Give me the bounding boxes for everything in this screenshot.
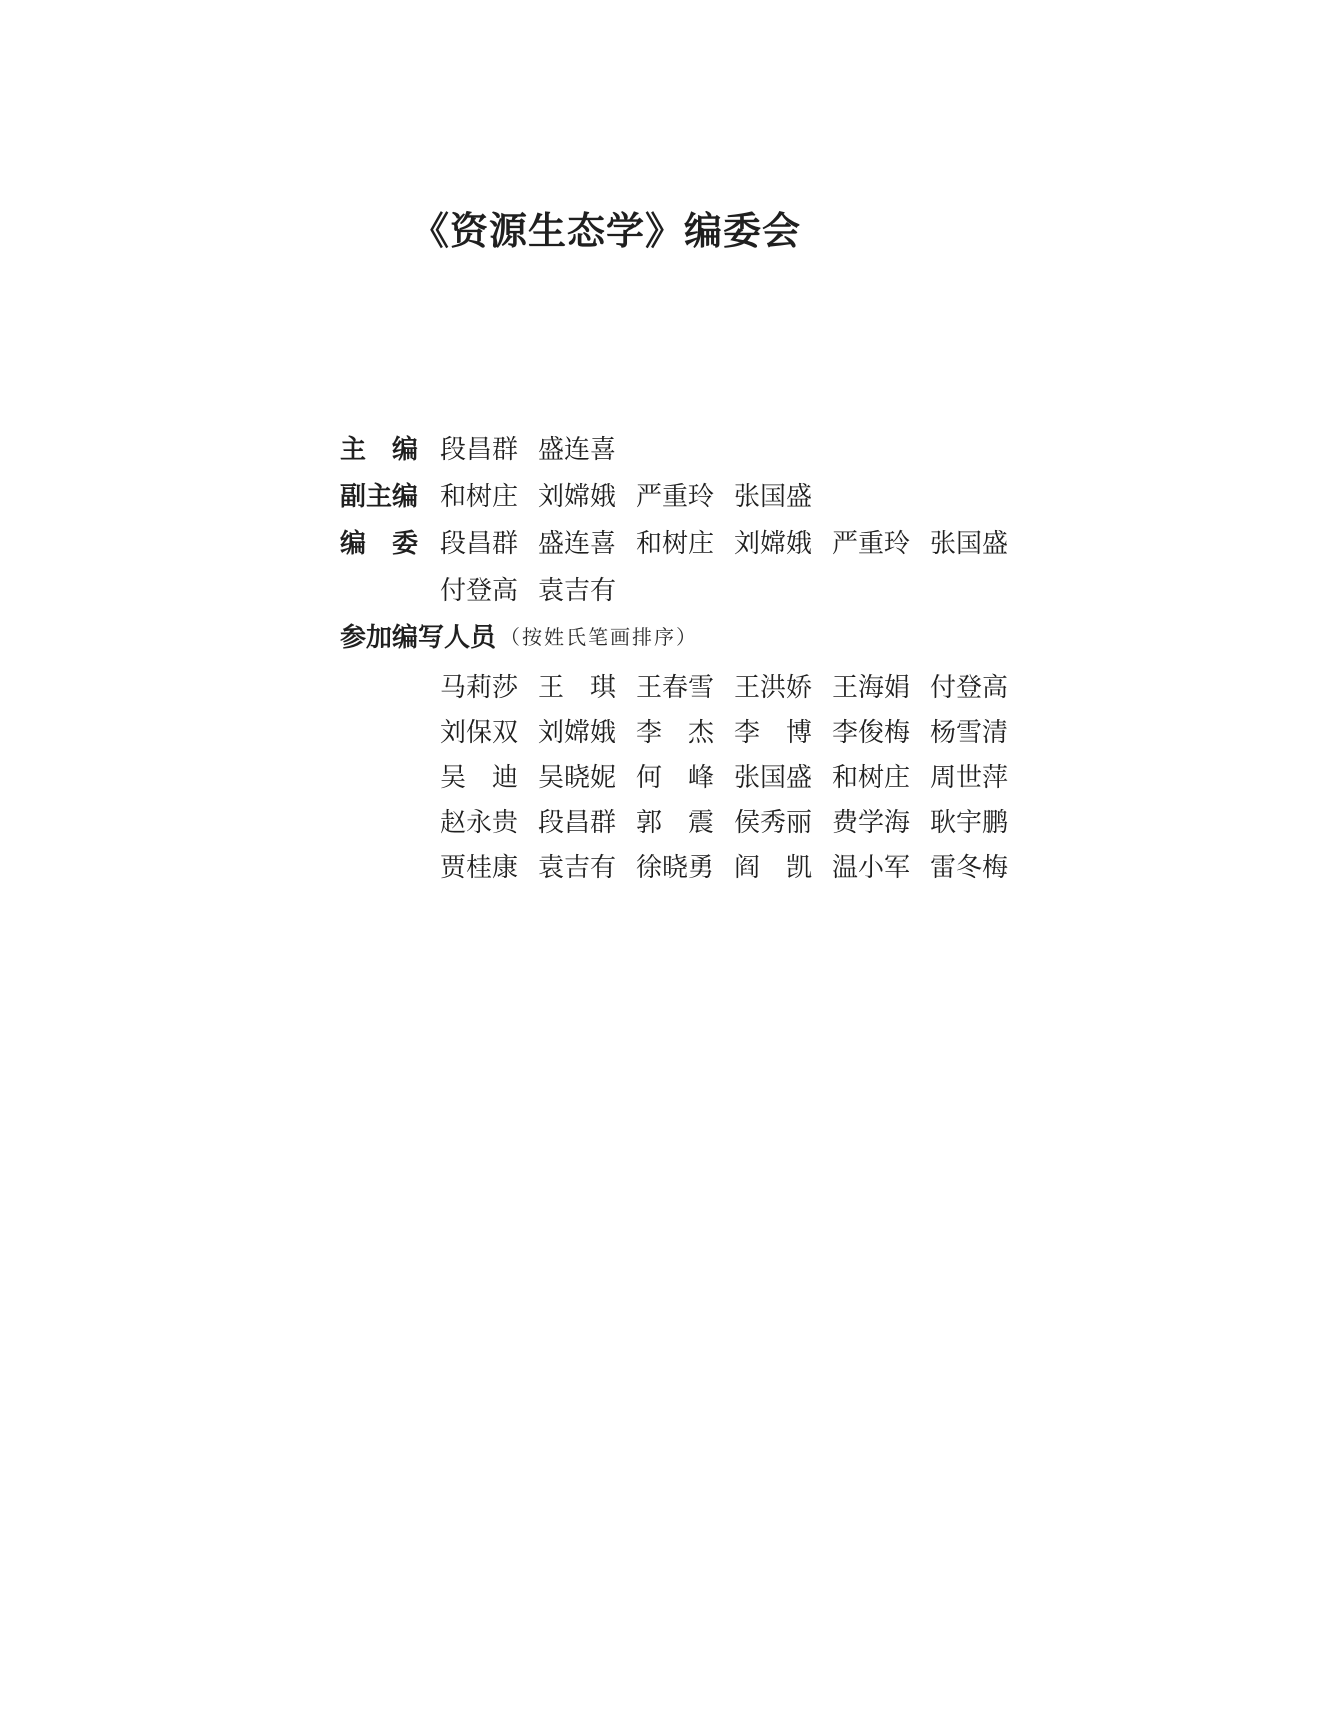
editorial-committee-section: 主 编 段昌群 盛连喜 副主编 和树庄 刘嫦娥 严重玲 张国盛 编 委 段昌群 … (340, 424, 1028, 888)
board-members-row-1: 编 委 段昌群 盛连喜 和树庄 刘嫦娥 严重玲 张国盛 (340, 518, 1028, 565)
person-name: 刘保双 (440, 712, 538, 749)
book-page: 《资源生态学》编委会 主 编 段昌群 盛连喜 副主编 和树庄 刘嫦娥 严重玲 张… (0, 0, 1322, 1732)
person-name: 李俊梅 (832, 712, 930, 749)
person-name: 赵永贵 (440, 802, 538, 839)
person-name: 耿宇鹏 (930, 802, 1028, 839)
person-name: 侯秀丽 (734, 802, 832, 839)
contributors-row-1: 马莉莎 王 琪 王春雪 王洪娇 王海娟 付登高 (440, 663, 1028, 708)
person-name: 和树庄 (636, 523, 734, 560)
person-name: 张国盛 (734, 476, 832, 513)
person-name: 吴晓妮 (538, 757, 636, 794)
person-name: 周世萍 (930, 757, 1028, 794)
contributors-row-2: 刘保双 刘嫦娥 李 杰 李 博 李俊梅 杨雪清 (440, 708, 1028, 753)
person-name: 和树庄 (440, 476, 538, 513)
person-name: 刘嫦娥 (538, 712, 636, 749)
person-name: 费学海 (832, 802, 930, 839)
person-name: 李 博 (734, 712, 832, 749)
person-name: 严重玲 (832, 523, 930, 560)
person-name: 段昌群 (538, 802, 636, 839)
person-name: 袁吉有 (538, 570, 636, 607)
person-name: 付登高 (440, 570, 538, 607)
person-name: 温小军 (832, 847, 930, 884)
person-name: 袁吉有 (538, 847, 636, 884)
person-name: 张国盛 (930, 523, 1028, 560)
deputy-editor-names: 和树庄 刘嫦娥 严重玲 张国盛 (440, 476, 1028, 513)
person-name: 王春雪 (636, 667, 734, 704)
contributors-row-4: 赵永贵 段昌群 郭 震 侯秀丽 费学海 耿宇鹏 (440, 798, 1028, 843)
board-member-names-line2: 付登高 袁吉有 (440, 570, 1028, 607)
person-name: 刘嫦娥 (734, 523, 832, 560)
person-name: 何 峰 (636, 757, 734, 794)
chief-editor-names: 段昌群 盛连喜 (440, 429, 1028, 466)
page-title: 《资源生态学》编委会 (411, 200, 801, 255)
contributors-row-5: 贾桂康 袁吉有 徐晓勇 阎 凯 温小军 雷冬梅 (440, 843, 1028, 888)
person-name: 徐晓勇 (636, 847, 734, 884)
person-name: 盛连喜 (538, 523, 636, 560)
chief-editor-row: 主 编 段昌群 盛连喜 (340, 424, 1028, 471)
person-name: 雷冬梅 (930, 847, 1028, 884)
person-name: 张国盛 (734, 757, 832, 794)
person-name: 段昌群 (440, 523, 538, 560)
role-label-deputy-editor: 副主编 (340, 476, 440, 513)
person-name: 王洪娇 (734, 667, 832, 704)
contributors-heading-row: 参加编写人员 （按姓氏笔画排序） (340, 612, 1028, 659)
board-members-row-2: 付登高 袁吉有 (340, 565, 1028, 612)
person-name: 严重玲 (636, 476, 734, 513)
contributors-name-grid: 马莉莎 王 琪 王春雪 王洪娇 王海娟 付登高 刘保双 刘嫦娥 李 杰 李 博 … (440, 663, 1028, 888)
person-name: 付登高 (930, 667, 1028, 704)
person-name: 马莉莎 (440, 667, 538, 704)
person-name: 杨雪清 (930, 712, 1028, 749)
role-label-board-member: 编 委 (340, 523, 440, 560)
person-name: 刘嫦娥 (538, 476, 636, 513)
board-member-names-line1: 段昌群 盛连喜 和树庄 刘嫦娥 严重玲 张国盛 (440, 523, 1028, 560)
person-name: 贾桂康 (440, 847, 538, 884)
deputy-editor-row: 副主编 和树庄 刘嫦娥 严重玲 张国盛 (340, 471, 1028, 518)
contributors-sort-note: （按姓氏笔画排序） (500, 621, 698, 650)
person-name: 王 琪 (538, 667, 636, 704)
person-name: 阎 凯 (734, 847, 832, 884)
person-name: 王海娟 (832, 667, 930, 704)
role-label-chief-editor: 主 编 (340, 429, 440, 466)
person-name: 吴 迪 (440, 757, 538, 794)
person-name: 郭 震 (636, 802, 734, 839)
contributors-label: 参加编写人员 (340, 617, 496, 654)
contributors-row-3: 吴 迪 吴晓妮 何 峰 张国盛 和树庄 周世萍 (440, 753, 1028, 798)
person-name: 盛连喜 (538, 429, 636, 466)
person-name: 段昌群 (440, 429, 538, 466)
person-name: 和树庄 (832, 757, 930, 794)
person-name: 李 杰 (636, 712, 734, 749)
